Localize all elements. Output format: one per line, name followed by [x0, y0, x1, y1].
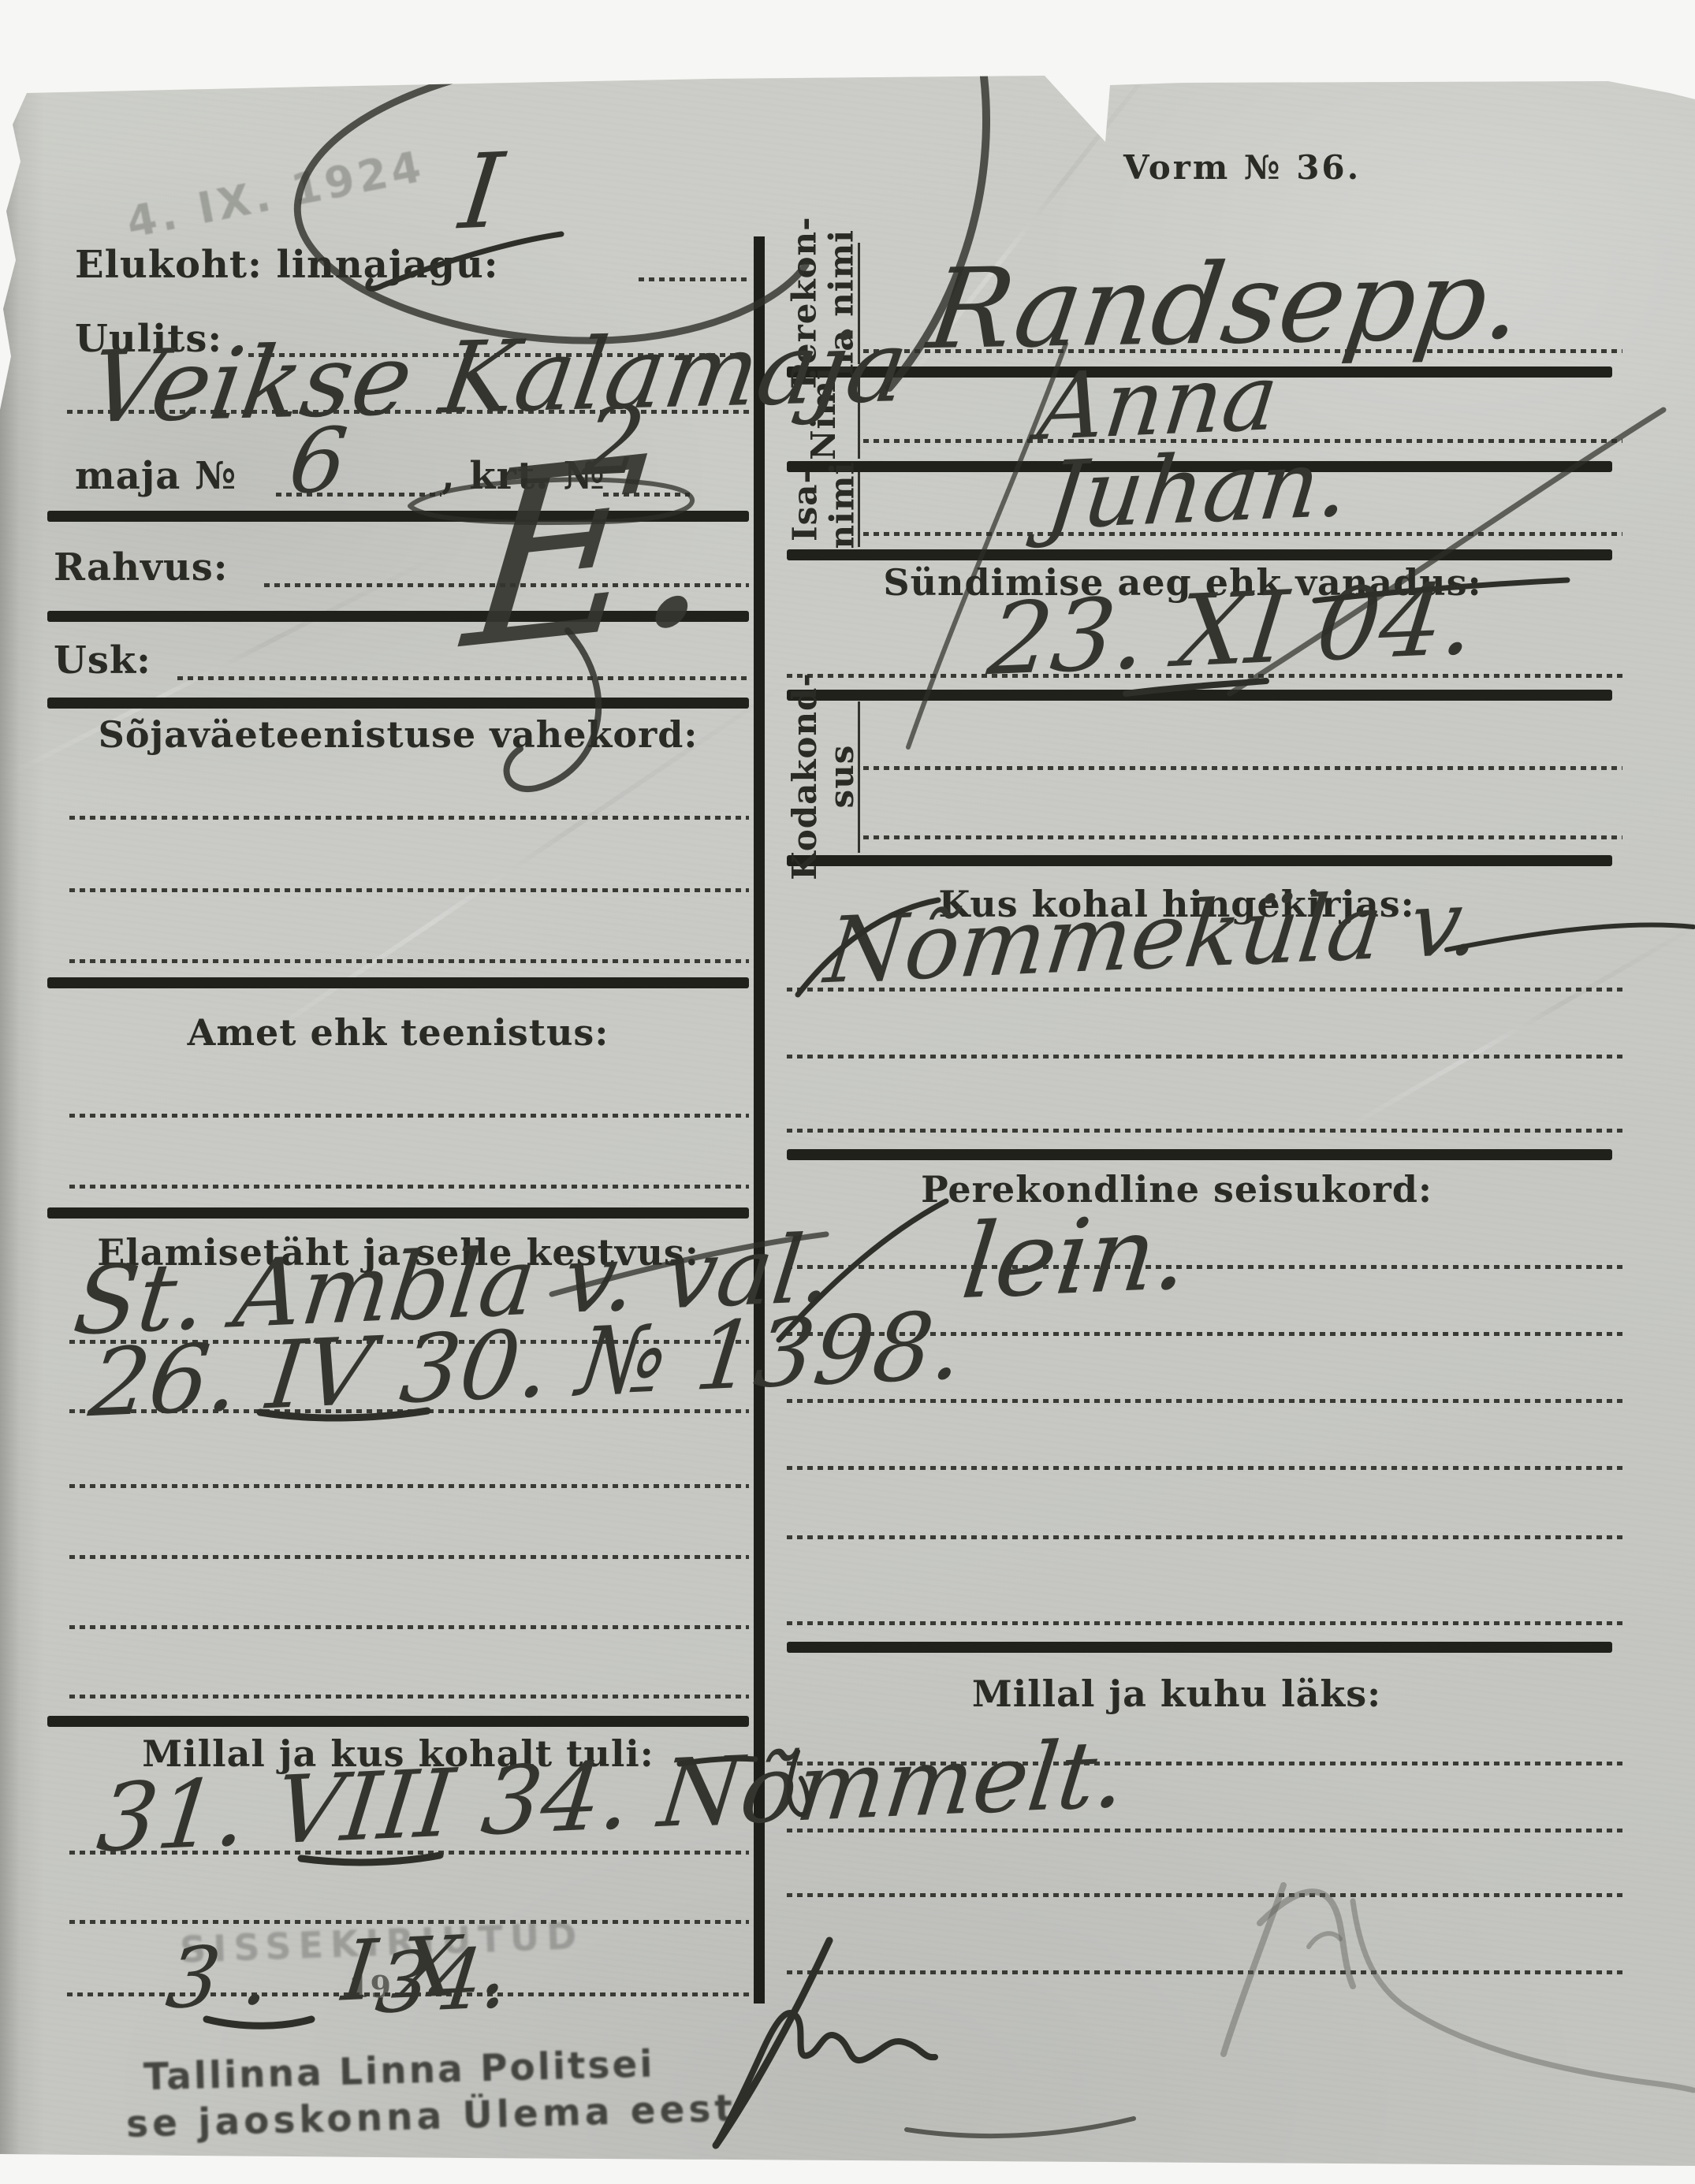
- section-bar: [787, 549, 1612, 560]
- dotted-line: [787, 1055, 1622, 1059]
- dotted-line: [787, 1129, 1622, 1133]
- handwritten-house-number: 6: [285, 409, 352, 515]
- dotted-line: [69, 1695, 749, 1698]
- section-bar: [787, 690, 1612, 701]
- field-label-sojavaeteenistus: Sõjaväeteenistuse vahekord:: [47, 713, 749, 756]
- field-label-rahvus: Rahvus:: [54, 545, 229, 590]
- form-number: Vorm № 36.: [1123, 148, 1361, 187]
- handwritten-birth-date: 23. XI 04.: [983, 562, 1481, 698]
- paper-sheet: Elukoht: linnajagu: Uulits: maja № , krt…: [0, 0, 1695, 2184]
- section-bar: [47, 698, 749, 709]
- dotted-line: [863, 835, 1622, 839]
- section-bar: [787, 855, 1612, 866]
- arrival-date-stamp: 4. IX. 1924: [123, 141, 429, 247]
- torn-left-edge: [0, 87, 44, 2160]
- pencil-signature: [1309, 1933, 1340, 1947]
- dotted-line: [69, 1484, 749, 1488]
- field-label-isanimi-line2: nimi: [823, 462, 860, 549]
- scanned-registration-form: Elukoht: linnajagu: Uulits: maja № , krt…: [0, 0, 1695, 2184]
- section-bar: [47, 977, 749, 988]
- dotted-line: [69, 1555, 749, 1559]
- field-label-kodakondsus-line1: Kodakond-: [786, 672, 823, 880]
- dotted-line: [69, 1625, 749, 1629]
- dotted-line: [69, 888, 749, 892]
- section-bar: [787, 1149, 1612, 1160]
- dotted-line: [787, 1970, 1622, 1974]
- dotted-line: [787, 1893, 1622, 1897]
- section-bar: [47, 1207, 749, 1219]
- dotted-line: [639, 277, 751, 281]
- ink-signature: [716, 2013, 935, 2145]
- handwritten-registration-year: 34.: [371, 1929, 514, 2032]
- field-label-maja: maja №: [75, 454, 237, 498]
- pencil-signature: [1224, 1885, 1283, 2054]
- field-label-isanimi: Isa-nimi: [787, 463, 859, 547]
- dotted-line: [69, 1114, 749, 1118]
- dotted-line: [787, 1265, 1622, 1269]
- dotted-line: [863, 766, 1622, 770]
- dotted-line: [69, 959, 749, 963]
- field-label-kodakondsus-line2: sus: [823, 672, 860, 880]
- field-label-amet: Amet ehk teenistus:: [47, 1011, 749, 1054]
- dotted-line: [69, 816, 749, 820]
- pencil-signature: [1353, 1901, 1693, 2090]
- dotted-line: [69, 1185, 749, 1189]
- section-bar: [47, 1716, 749, 1727]
- section-bar: [787, 1642, 1612, 1653]
- dotted-line: [787, 1621, 1622, 1625]
- field-label-elukoht: Elukoht: linnajagu:: [75, 243, 499, 287]
- dotted-line: [787, 1535, 1622, 1539]
- handwritten-nationality: E.: [455, 397, 731, 703]
- dotted-line: [787, 1466, 1622, 1470]
- field-label-kodakondsus: Kodakond-sus: [787, 700, 859, 853]
- field-label-laks: Millal ja kuhu läks:: [788, 1672, 1565, 1715]
- handwritten-father-name: Juhan.: [1041, 428, 1355, 551]
- handwritten-linnajagu: I: [454, 130, 508, 252]
- field-label-isanimi-line1: Isa-: [786, 462, 823, 549]
- handwritten-marital-status: lein.: [956, 1192, 1194, 1322]
- ink-signature-underline: [907, 2119, 1134, 2136]
- field-label-usk: Usk:: [54, 638, 151, 683]
